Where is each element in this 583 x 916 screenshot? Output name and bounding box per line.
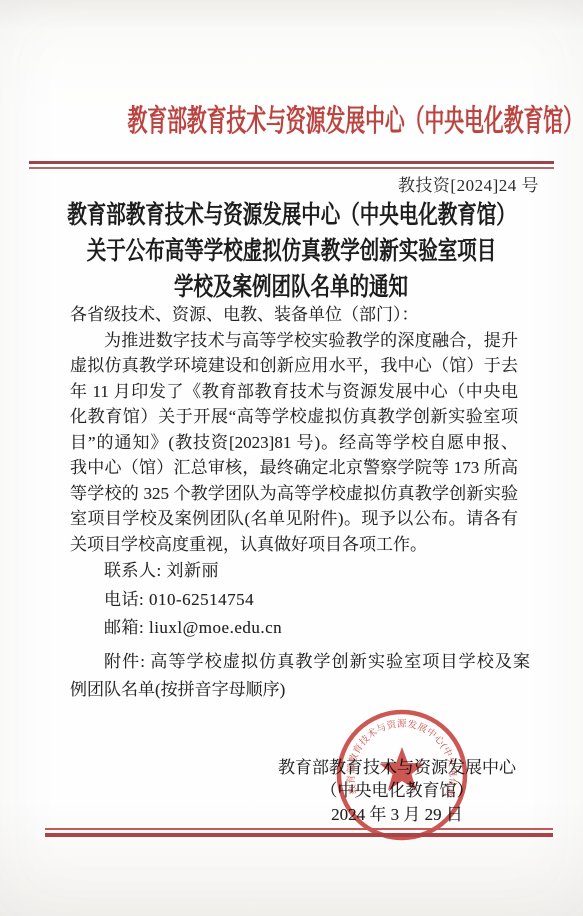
attachment-line: 例团队名单(按拼音字母顺序) bbox=[70, 676, 530, 704]
attachment-line: 附件: 高等学校虚拟仿真教学创新实验室项目学校及案 bbox=[70, 648, 530, 676]
contact-phone: 电话: 010-62514754 bbox=[70, 586, 518, 615]
bottom-rule-top bbox=[45, 828, 553, 830]
letterhead-title: 教育部教育技术与资源发展中心（中央电化教育馆）函件 bbox=[127, 97, 583, 147]
body-line: 关项目学校高度重视，认真做好项目各项工作。 bbox=[70, 532, 518, 558]
header-rule-bottom bbox=[29, 167, 554, 169]
body-line: 室项目学校及案例团队(名单见附件)。现予以公布。请各有 bbox=[70, 506, 518, 532]
body-line: 为推进数字技术与高等学校实验教学的深度融合，提升 bbox=[70, 328, 518, 354]
bottom-rule-bottom bbox=[45, 833, 553, 837]
official-seal-icon: 教育部教育技术与资源发展中心(中央电化教育馆) bbox=[332, 705, 472, 845]
body-text: 各省级技术、资源、电教、装备单位（部门）： 为推进数字技术与高等学校实验教学的深… bbox=[70, 302, 518, 643]
body-line: 化教育馆）关于开展“高等学校虚拟仿真教学创新实验室项 bbox=[70, 404, 518, 430]
body-line: 我中心（馆）汇总审核，最终确定北京警察学院等 173 所高 bbox=[70, 455, 518, 481]
contact-person: 联系人: 刘新丽 bbox=[70, 557, 518, 586]
contact-email: 邮箱: liuxl@moe.edu.cn bbox=[70, 614, 518, 643]
body-line: 等学校的 325 个教学团队为高等学校虚拟仿真教学创新实验 bbox=[70, 481, 518, 507]
document-page: 教育部教育技术与资源发展中心（中央电化教育馆）函件 教技资[2024]24 号 … bbox=[0, 0, 583, 916]
attachment-note: 附件: 高等学校虚拟仿真教学创新实验室项目学校及案 例团队名单(按拼音字母顺序) bbox=[70, 648, 530, 704]
salutation: 各省级技术、资源、电教、装备单位（部门）： bbox=[70, 302, 518, 328]
body-line: 目”的通知》(教技资[2023]81 号)。经高等学校自愿申报、 bbox=[70, 430, 518, 456]
header-rule-top bbox=[29, 161, 554, 164]
seal-text: 教育部教育技术与资源发展中心(中央电化教育馆) bbox=[332, 705, 459, 800]
letterhead: 教育部教育技术与资源发展中心（中央电化教育馆）函件 bbox=[0, 97, 583, 152]
body-line: 虚拟仿真教学环境建设和创新应用水平，我中心（馆）于去 bbox=[70, 353, 518, 379]
notice-title-line-2: 关于公布高等学校虚拟仿真教学创新实验室项目 bbox=[0, 235, 583, 271]
notice-title-line-1: 教育部教育技术与资源发展中心（中央电化教育馆） bbox=[0, 199, 583, 235]
body-line: 年 11 月印发了《教育部教育技术与资源发展中心（中央电 bbox=[70, 379, 518, 405]
doc-number: 教技资[2024]24 号 bbox=[398, 171, 539, 196]
notice-title: 教育部教育技术与资源发展中心（中央电化教育馆） 关于公布高等学校虚拟仿真教学创新… bbox=[0, 199, 583, 307]
star-icon bbox=[379, 747, 425, 790]
